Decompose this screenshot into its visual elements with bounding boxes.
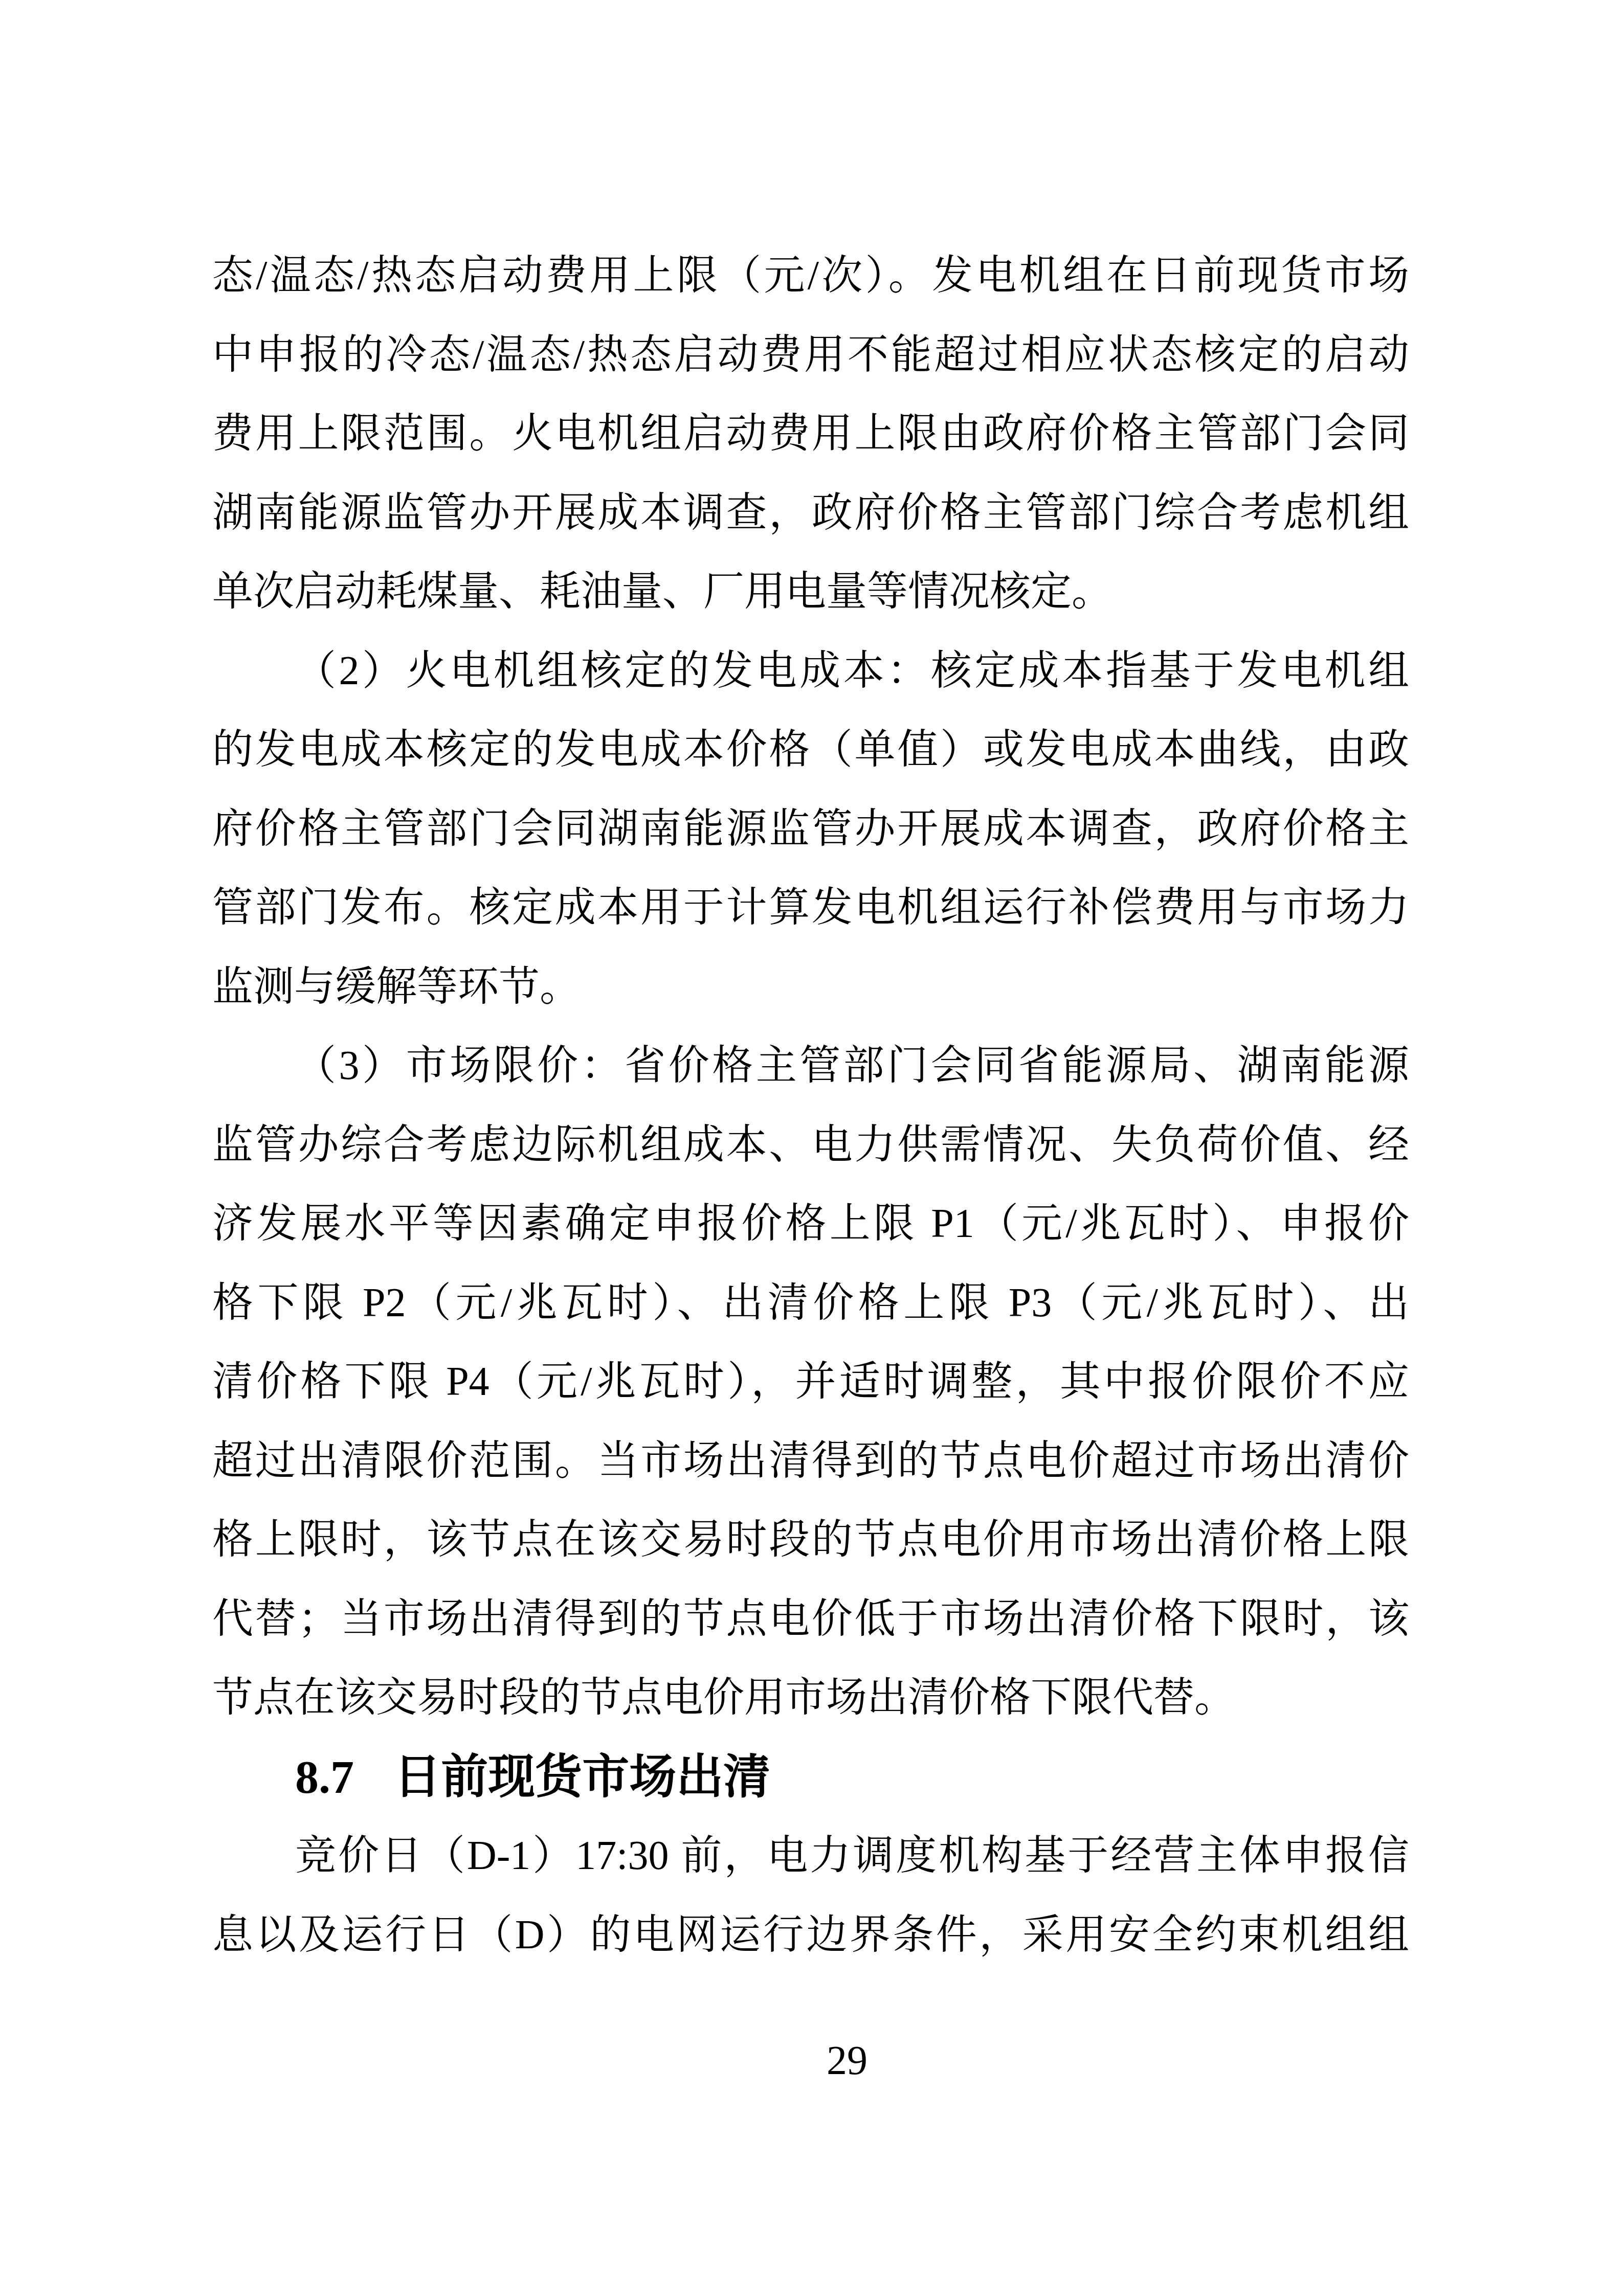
text-line: 清价格下限 P4（元/兆瓦时），并适时调整，其中报价限价不应 <box>212 1342 1409 1422</box>
text-line: 费用上限范围。火电机组启动费用上限由政府价格主管部门会同 <box>212 394 1409 474</box>
text-line: （2）火电机组核定的发电成本：核定成本指基于发电机组 <box>212 632 1409 711</box>
text-line: 超过出清限价范围。当市场出清得到的节点电价超过市场出清价 <box>212 1422 1409 1501</box>
text-line: 济发展水平等因素确定申报价格上限 P1（元/兆瓦时）、申报价 <box>212 1184 1409 1264</box>
paragraph-approved-generation-cost: （2）火电机组核定的发电成本：核定成本指基于发电机组 的发电成本核定的发电成本价… <box>212 632 1409 1027</box>
text-line: 代替；当市场出清得到的节点电价低于市场出清价格下限时，该 <box>212 1580 1409 1659</box>
text-line: 格下限 P2（元/兆瓦时）、出清价格上限 P3（元/兆瓦时）、出 <box>212 1264 1409 1343</box>
text-line: 管部门发布。核定成本用于计算发电机组运行补偿费用与市场力 <box>212 868 1409 948</box>
text-line: 府价格主管部门会同湖南能源监管办开展成本调查，政府价格主 <box>212 790 1409 869</box>
text-line: 竞价日（D-1）17:30 前，电力调度机构基于经营主体申报信 <box>212 1816 1409 1896</box>
text-line: 单次启动耗煤量、耗油量、厂用电量等情况核定。 <box>212 552 1409 632</box>
section-heading: 8.7日前现货市场出清 <box>212 1738 1409 1817</box>
page-number: 29 <box>827 2038 867 2084</box>
text-line: 格上限时，该节点在该交易时段的节点电价用市场出清价格上限 <box>212 1500 1409 1580</box>
page-body: 态/温态/热态启动费用上限（元/次）。发电机组在日前现货市场 中申报的冷态/温态… <box>212 236 1409 1974</box>
text-line: 监测与缓解等环节。 <box>212 948 1409 1027</box>
paragraph-market-price-limits: （3）市场限价：省价格主管部门会同省能源局、湖南能源 监管办综合考虑边际机组成本… <box>212 1026 1409 1738</box>
text-line: （3）市场限价：省价格主管部门会同省能源局、湖南能源 <box>212 1026 1409 1106</box>
text-line: 湖南能源监管办开展成本调查，政府价格主管部门综合考虑机组 <box>212 474 1409 553</box>
text-line: 的发电成本核定的发电成本价格（单值）或发电成本曲线，由政 <box>212 710 1409 790</box>
paragraph-day-ahead-clearing: 竞价日（D-1）17:30 前，电力调度机构基于经营主体申报信 息以及运行日（D… <box>212 1816 1409 1974</box>
text-line: 中申报的冷态/温态/热态启动费用不能超过相应状态核定的启动 <box>212 316 1409 395</box>
text-line: 态/温态/热态启动费用上限（元/次）。发电机组在日前现货市场 <box>212 236 1409 316</box>
section-title: 日前现货市场出清 <box>394 1751 770 1803</box>
paragraph-startup-cost: 态/温态/热态启动费用上限（元/次）。发电机组在日前现货市场 中申报的冷态/温态… <box>212 236 1409 632</box>
text-line: 节点在该交易时段的节点电价用市场出清价格下限代替。 <box>212 1658 1409 1738</box>
text-line: 息以及运行日（D）的电网运行边界条件，采用安全约束机组组 <box>212 1896 1409 1975</box>
document-page: 态/温态/热态启动费用上限（元/次）。发电机组在日前现货市场 中申报的冷态/温态… <box>0 0 1624 2296</box>
section-number: 8.7 <box>295 1751 354 1803</box>
text-line: 监管办综合考虑边际机组成本、电力供需情况、失负荷价值、经 <box>212 1106 1409 1185</box>
